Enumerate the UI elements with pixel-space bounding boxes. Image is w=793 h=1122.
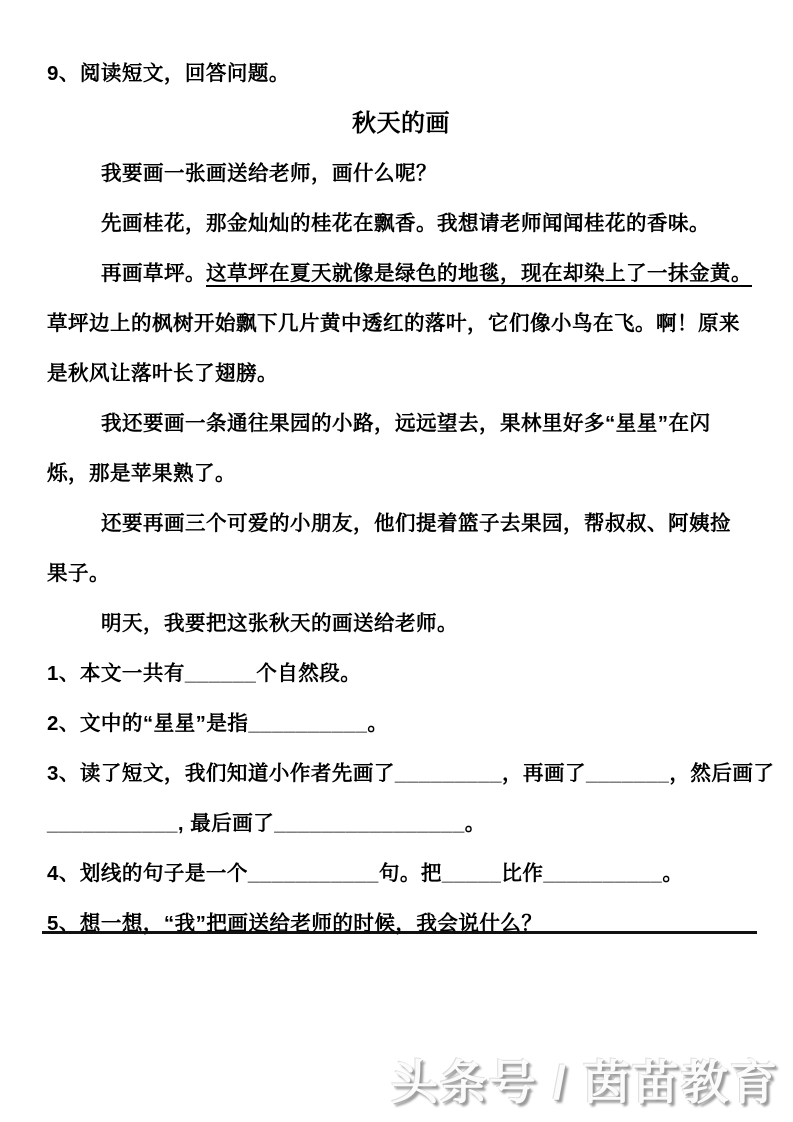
passage-line: 是秋风让落叶长了翅膀。 (47, 349, 755, 399)
passage-line: 明天，我要把这张秋天的画送给老师。 (47, 599, 755, 649)
passage-line: 再画草坪。这草坪在夏天就像是绿色的地毯，现在却染上了一抹金黄。 (47, 249, 755, 299)
question-line: 4、划线的句子是一个___________句。把_____比作_________… (47, 849, 755, 899)
worksheet-content: 9、阅读短文，回答问题。 秋天的画 我要画一张画送给老师，画什么呢？ 先画桂花，… (0, 0, 793, 949)
question-line: 5、想一想，“我”把画送给老师的时候，我会说什么？ (47, 899, 755, 949)
section-heading: 9、阅读短文，回答问题。 (47, 49, 755, 99)
question-line: ___________, 最后画了________________。 (47, 799, 755, 849)
question-line: 1、本文一共有______个自然段。 (47, 649, 755, 699)
underlined-sentence: 这草坪在夏天就像是绿色的地毯，现在却染上了一抹金黄。 (206, 262, 752, 285)
worksheet-page: 9、阅读短文，回答问题。 秋天的画 我要画一张画送给老师，画什么呢？ 先画桂花，… (0, 0, 793, 1122)
passage-line: 草坪边上的枫树开始飘下几片黄中透红的落叶，它们像小鸟在飞。啊！原来 (47, 299, 755, 349)
passage-line: 先画桂花，那金灿灿的桂花在飘香。我想请老师闻闻桂花的香味。 (47, 199, 755, 249)
passage-line: 我还要画一条通往果园的小路，远远望去，果林里好多“星星”在闪 (47, 399, 755, 449)
footer-divider (42, 931, 757, 934)
passage-line: 果子。 (47, 549, 755, 599)
passage-line: 烁，那是苹果熟了。 (47, 449, 755, 499)
passage-line: 还要再画三个可爱的小朋友，他们提着篮子去果园，帮叔叔、阿姨捡 (47, 499, 755, 549)
watermark: 头条号 / 茵苗教育 (391, 1046, 779, 1113)
question-line: 3、读了短文，我们知道小作者先画了_________，再画了_______，然后… (47, 749, 755, 799)
passage-line: 我要画一张画送给老师，画什么呢？ (47, 149, 755, 199)
question-line: 2、文中的“星星”是指__________。 (47, 699, 755, 749)
passage-title: 秋天的画 (47, 99, 755, 149)
passage-text: 再画草坪。 (101, 262, 206, 285)
